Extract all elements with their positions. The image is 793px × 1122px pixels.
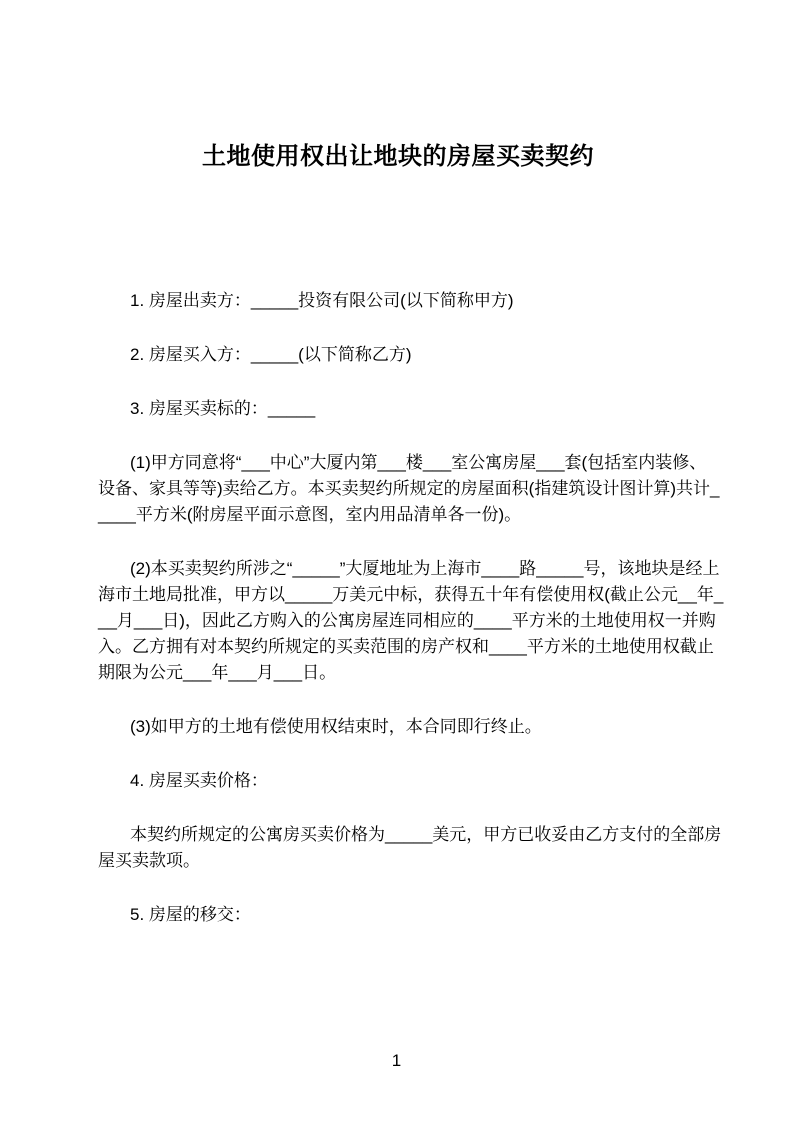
clause-subject-item-3-line: (3)如甲方的土地有偿使用权结束时，本合同即行终止。 (98, 714, 698, 740)
clause-subject-item-1: (1)甲方同意将“___中心”大厦内第___楼___室公寓房屋___套(包括室内… (98, 450, 698, 528)
document-title: 土地使用权出让地块的房屋买卖契约 (98, 140, 698, 174)
clause-subject-item-1-line-1: (1)甲方同意将“___中心”大厦内第___楼___室公寓房屋___套(包括室内… (98, 450, 698, 476)
clause-subject-item-1-line-3: ____平方米(附房屋平面示意图，室内用品清单各一份)。 (98, 502, 698, 528)
page-number: 1 (0, 1050, 793, 1072)
clause-price-heading: 4. 房屋买卖价格： (98, 768, 698, 794)
clause-subject: 3. 房屋买卖标的：_____ (98, 396, 698, 422)
clause-subject-item-2-line-4: 入。乙方拥有对本契约所规定的买卖范围的房产权和____平方米的土地使用权截止 (98, 634, 698, 660)
clause-subject-item-2-line-5: 期限为公元___年___月___日。 (98, 660, 698, 686)
clause-handover-heading: 5. 房屋的移交： (98, 902, 698, 928)
clause-price-body-line-2: 屋买卖款项。 (98, 848, 698, 874)
clause-price-heading-line: 4. 房屋买卖价格： (98, 768, 698, 794)
clause-price-body: 本契约所规定的公寓房买卖价格为_____美元，甲方已收妥由乙方支付的全部房 屋买… (98, 822, 698, 874)
clause-subject-item-3: (3)如甲方的土地有偿使用权结束时，本合同即行终止。 (98, 714, 698, 740)
document-page: 土地使用权出让地块的房屋买卖契约 1. 房屋出卖方：_____投资有限公司(以下… (0, 0, 793, 1122)
clause-price-body-line-1: 本契约所规定的公寓房买卖价格为_____美元，甲方已收妥由乙方支付的全部房 (98, 822, 698, 848)
clause-buyer: 2. 房屋买入方：_____(以下简称乙方) (98, 342, 698, 368)
clause-seller-line: 1. 房屋出卖方：_____投资有限公司(以下简称甲方) (98, 288, 698, 314)
clause-seller: 1. 房屋出卖方：_____投资有限公司(以下简称甲方) (98, 288, 698, 314)
clause-handover-heading-line: 5. 房屋的移交： (98, 902, 698, 928)
clause-subject-item-2: (2)本买卖契约所涉之“_____”大厦地址为上海市____路_____号，该地… (98, 556, 698, 686)
clause-subject-item-2-line-3: __月___日)，因此乙方购入的公寓房屋连同相应的____平方米的土地使用权一并… (98, 608, 698, 634)
clause-buyer-line: 2. 房屋买入方：_____(以下简称乙方) (98, 342, 698, 368)
clause-subject-item-2-line-2: 海市土地局批准，甲方以_____万美元中标，获得五十年有偿使用权(截止公元__年… (98, 582, 698, 608)
clause-subject-item-2-line-1: (2)本买卖契约所涉之“_____”大厦地址为上海市____路_____号，该地… (98, 556, 698, 582)
clause-subject-line: 3. 房屋买卖标的：_____ (98, 396, 698, 422)
clause-subject-item-1-line-2: 设备、家具等等)卖给乙方。本买卖契约所规定的房屋面积(指建筑设计图计算)共计_ (98, 476, 698, 502)
